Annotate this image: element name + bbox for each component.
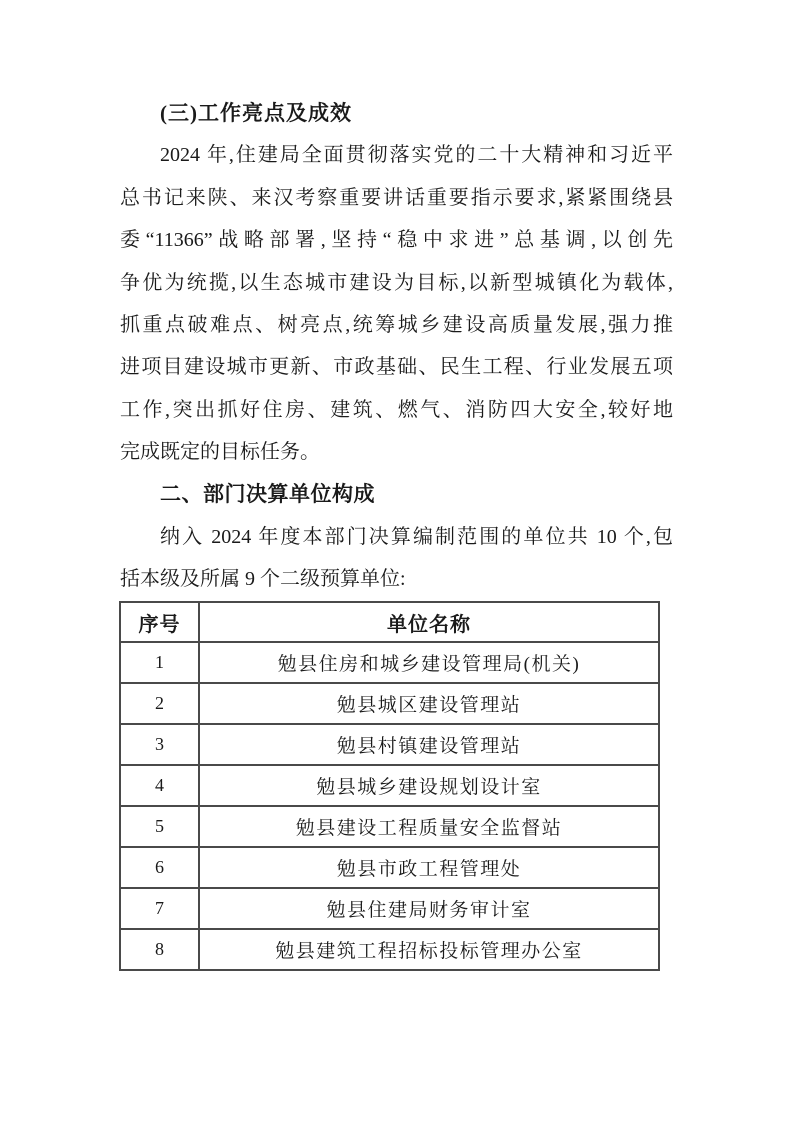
unit-name-cell: 勉县市政工程管理处 xyxy=(199,847,659,888)
paragraph-line: 2024 年,住建局全面贯彻落实党的二十大精神和习近平 xyxy=(120,134,673,176)
serial-cell: 8 xyxy=(120,929,199,970)
document-page: (三)工作亮点及成效 2024 年,住建局全面贯彻落实党的二十大精神和习近平 总… xyxy=(0,0,793,1122)
serial-cell: 6 xyxy=(120,847,199,888)
unit-name-cell: 勉县建筑工程招标投标管理办公室 xyxy=(199,929,659,970)
serial-cell: 1 xyxy=(120,642,199,683)
unit-name-cell: 勉县住建局财务审计室 xyxy=(199,888,659,929)
table-row: 5 勉县建设工程质量安全监督站 xyxy=(120,806,659,847)
column-header-unit-name: 单位名称 xyxy=(199,602,659,642)
section-heading-unit-composition: 二、部门决算单位构成 xyxy=(120,474,673,516)
document-content: (三)工作亮点及成效 2024 年,住建局全面贯彻落实党的二十大精神和习近平 总… xyxy=(120,92,673,971)
paragraph-line: 纳入 2024 年度本部门决算编制范围的单位共 10 个,包 xyxy=(120,516,673,558)
paragraph-line: 委“11366”战略部署,坚持“稳中求进”总基调,以创先 xyxy=(120,219,673,261)
paragraph-line: 完成既定的目标任务。 xyxy=(120,431,673,473)
table-row: 7 勉县住建局财务审计室 xyxy=(120,888,659,929)
serial-cell: 2 xyxy=(120,683,199,724)
table-row: 8 勉县建筑工程招标投标管理办公室 xyxy=(120,929,659,970)
serial-cell: 4 xyxy=(120,765,199,806)
table-row: 3 勉县村镇建设管理站 xyxy=(120,724,659,765)
section-heading-work-highlights: (三)工作亮点及成效 xyxy=(120,92,673,134)
unit-name-cell: 勉县城区建设管理站 xyxy=(199,683,659,724)
table-header-row: 序号 单位名称 xyxy=(120,602,659,642)
paragraph-work-summary: 2024 年,住建局全面贯彻落实党的二十大精神和习近平 总书记来陕、来汉考察重要… xyxy=(120,134,673,473)
serial-cell: 3 xyxy=(120,724,199,765)
table-row: 2 勉县城区建设管理站 xyxy=(120,683,659,724)
paragraph-line: 总书记来陕、来汉考察重要讲话重要指示要求,紧紧围绕县 xyxy=(120,177,673,219)
paragraph-line: 争优为统揽,以生态城市建设为目标,以新型城镇化为载体, xyxy=(120,262,673,304)
paragraph-line: 抓重点破难点、树亮点,统筹城乡建设高质量发展,强力推 xyxy=(120,304,673,346)
serial-cell: 7 xyxy=(120,888,199,929)
paragraph-unit-scope: 纳入 2024 年度本部门决算编制范围的单位共 10 个,包 括本级及所属 9 … xyxy=(120,516,673,601)
table-row: 1 勉县住房和城乡建设管理局(机关) xyxy=(120,642,659,683)
column-header-serial: 序号 xyxy=(120,602,199,642)
paragraph-line: 括本级及所属 9 个二级预算单位: xyxy=(120,558,673,600)
budget-units-table: 序号 单位名称 1 勉县住房和城乡建设管理局(机关) 2 勉县城区建设管理站 3… xyxy=(119,601,660,971)
unit-name-cell: 勉县住房和城乡建设管理局(机关) xyxy=(199,642,659,683)
table-row: 4 勉县城乡建设规划设计室 xyxy=(120,765,659,806)
unit-name-cell: 勉县村镇建设管理站 xyxy=(199,724,659,765)
serial-cell: 5 xyxy=(120,806,199,847)
unit-name-cell: 勉县建设工程质量安全监督站 xyxy=(199,806,659,847)
paragraph-line: 工作,突出抓好住房、建筑、燃气、消防四大安全,较好地 xyxy=(120,389,673,431)
unit-name-cell: 勉县城乡建设规划设计室 xyxy=(199,765,659,806)
table-row: 6 勉县市政工程管理处 xyxy=(120,847,659,888)
paragraph-line: 进项目建设城市更新、市政基础、民生工程、行业发展五项 xyxy=(120,346,673,388)
